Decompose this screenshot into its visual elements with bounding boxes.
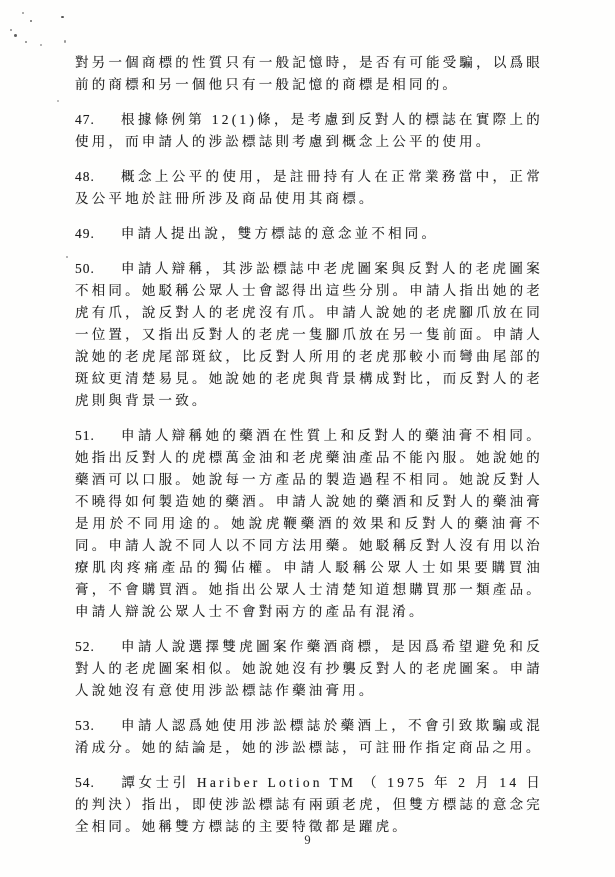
paragraph-text: 申請人辯稱她的藥酒在性質上和反對人的藥油膏不相同。她指出反對人的虎標萬金油和老虎… [75, 428, 543, 619]
scan-noise-speck [25, 41, 27, 43]
page-number: 9 [0, 833, 615, 848]
paragraph-text: 對另一個商標的性質只有一般記憶時，是否有可能受騙，以爲眼前的商標和另一個他只有一… [75, 55, 543, 92]
paragraph-text: 申請人辯稱，其涉訟標誌中老虎圖案與反對人的老虎圖案不相同。她駁稱公眾人士會認得出… [75, 261, 543, 408]
scan-noise-speck [30, 20, 32, 22]
paragraph-52: 52.申請人說選擇雙虎圖案作藥酒商標，是因爲希望避免和反對人的老虎圖案相似。她說… [75, 636, 543, 702]
paragraph-number: 53. [75, 715, 95, 737]
paragraph-number: 54. [75, 772, 95, 794]
paragraph-number: 49. [75, 223, 95, 245]
paragraph-text: 根據條例第 12(1)條，是考慮到反對人的標誌在實際上的使用，而申請人的涉訟標誌… [75, 112, 543, 149]
paragraph-50: 50.申請人辯稱，其涉訟標誌中老虎圖案與反對人的老虎圖案不相同。她駁稱公眾人士會… [75, 258, 543, 412]
scan-noise-speck [66, 256, 68, 258]
paragraph-number: 51. [75, 425, 95, 447]
scan-noise-speck [10, 29, 12, 31]
paragraph-number: 47. [75, 109, 95, 131]
paragraph-54: 54.譚女士引 Hariber Lotion TM （ 1975 年 2 月 1… [75, 772, 543, 838]
paragraph-51: 51.申請人辯稱她的藥酒在性質上和反對人的藥油膏不相同。她指出反對人的虎標萬金油… [75, 425, 543, 623]
paragraph-number: 52. [75, 636, 95, 658]
paragraph-number: 50. [75, 258, 95, 280]
paragraph-text: 譚女士引 Hariber Lotion TM （ 1975 年 2 月 14 日… [75, 775, 543, 834]
paragraph-text: 申請人認爲她使用涉訟標誌於藥酒上，不會引致欺騙或混淆成分。她的結論是，她的涉訟標… [75, 718, 543, 755]
scanned-document-page: 對另一個商標的性質只有一般記憶時，是否有可能受騙，以爲眼前的商標和另一個他只有一… [0, 0, 615, 877]
paragraph-53: 53.申請人認爲她使用涉訟標誌於藥酒上，不會引致欺騙或混淆成分。她的結論是，她的… [75, 715, 543, 759]
paragraph-text: 申請人說選擇雙虎圖案作藥酒商標，是因爲希望避免和反對人的老虎圖案相似。她說她沒有… [75, 639, 543, 698]
scan-noise-speck [61, 16, 64, 18]
paragraph-47: 47.根據條例第 12(1)條，是考慮到反對人的標誌在實際上的使用，而申請人的涉… [75, 109, 543, 153]
paragraph-continuation: 對另一個商標的性質只有一般記憶時，是否有可能受騙，以爲眼前的商標和另一個他只有一… [75, 52, 543, 96]
scan-noise-speck [64, 40, 66, 43]
scan-noise-speck [22, 12, 24, 14]
scan-noise-speck [40, 44, 42, 46]
paragraph-text: 概念上公平的使用，是註冊持有人在正常業務當中，正常及公平地於註冊所涉及商品使用其… [75, 169, 543, 206]
scan-noise-speck [14, 34, 17, 37]
paragraph-number: 48. [75, 166, 95, 188]
paragraph-49: 49.申請人提出說，雙方標誌的意念並不相同。 [75, 223, 543, 245]
paragraph-text: 申請人提出說，雙方標誌的意念並不相同。 [121, 226, 438, 241]
scan-noise-speck [57, 100, 59, 102]
paragraph-48: 48.概念上公平的使用，是註冊持有人在正常業務當中，正常及公平地於註冊所涉及商品… [75, 166, 543, 210]
document-body: 對另一個商標的性質只有一般記憶時，是否有可能受騙，以爲眼前的商標和另一個他只有一… [75, 52, 543, 851]
